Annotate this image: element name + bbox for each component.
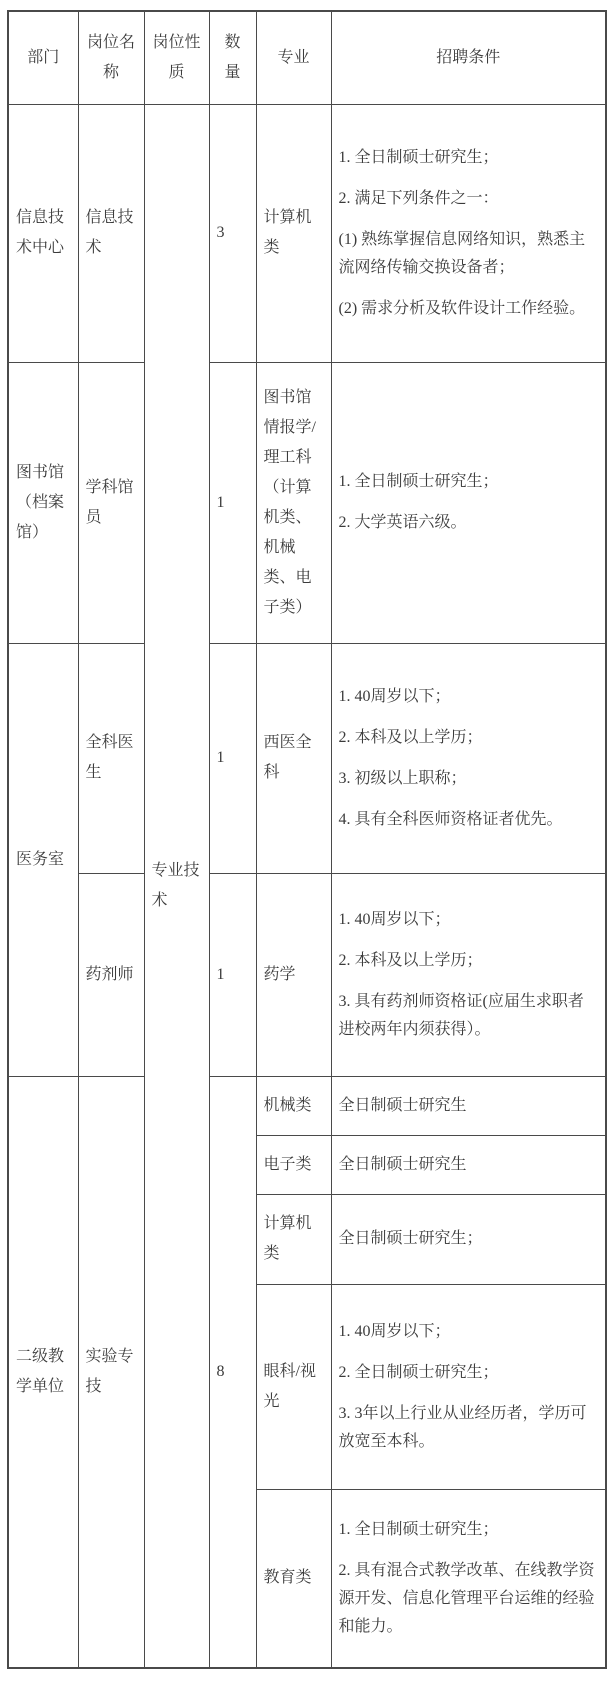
conditions-cell: 1. 全日制硕士研究生； 2. 具有混合式教学改革、在线教学资源开发、信息化管理… [331, 1489, 606, 1668]
condition-item: 3. 具有药剂师资格证(应届生求职者进校两年内须获得）。 [339, 988, 600, 1044]
page: 部门 岗位名 称 岗位性 质 数 量 专业 招聘条件 信息技术中心 信息技术 专… [0, 0, 612, 1685]
condition-item: 1. 全日制硕士研究生； [339, 1516, 600, 1544]
department-cell: 医务室 [8, 643, 78, 1076]
conditions-cell: 1. 全日制硕士研究生； 2. 大学英语六级。 [331, 362, 606, 643]
department-cell: 信息技术中心 [8, 104, 78, 362]
count-cell: 1 [209, 873, 256, 1076]
table-row: 医务室 全科医生 1 西医全科 1. 40周岁以下； 2. 本科及以上学历； 3… [8, 643, 606, 873]
position-type-cell: 专业技术 [144, 104, 209, 1668]
table-row: 药剂师 1 药学 1. 40周岁以下； 2. 本科及以上学历； 3. 具有药剂师… [8, 873, 606, 1076]
table-row: 信息技术中心 信息技术 专业技术 3 计算机类 1. 全日制硕士研究生； 2. … [8, 104, 606, 362]
major-cell: 西医全科 [256, 643, 331, 873]
count-cell: 8 [209, 1076, 256, 1668]
count-cell: 1 [209, 362, 256, 643]
table-row: 二级教学单位 实验专技 8 机械类 全日制硕士研究生 [8, 1076, 606, 1135]
col-header-count: 数 量 [209, 11, 256, 104]
position-cell: 信息技术 [78, 104, 144, 362]
conditions-cell: 1. 40周岁以下； 2. 全日制硕士研究生； 3. 3年以上行业从业经历者，学… [331, 1284, 606, 1489]
condition-item: 2. 具有混合式教学改革、在线教学资源开发、信息化管理平台运维的经验和能力。 [339, 1557, 600, 1641]
col-header-major: 专业 [256, 11, 331, 104]
condition-item: 3. 3年以上行业从业经历者，学历可放宽至本科。 [339, 1400, 600, 1456]
col-header-department: 部门 [8, 11, 78, 104]
department-cell: 图书馆（档案馆） [8, 362, 78, 643]
major-cell: 药学 [256, 873, 331, 1076]
condition-item: 2. 本科及以上学历； [339, 724, 600, 752]
position-cell: 实验专技 [78, 1076, 144, 1668]
condition-item: 2. 本科及以上学历； [339, 947, 600, 975]
conditions-cell: 全日制硕士研究生 [331, 1135, 606, 1194]
major-cell: 教育类 [256, 1489, 331, 1668]
condition-item: 1. 全日制硕士研究生； [339, 144, 600, 172]
condition-item: 1. 40周岁以下； [339, 1318, 600, 1346]
table-row: 图书馆（档案馆） 学科馆员 1 图书馆情报学/理工科（计算机类、机械类、电子类）… [8, 362, 606, 643]
conditions-cell: 1. 全日制硕士研究生； 2. 满足下列条件之一： (1) 熟练掌握信息网络知识… [331, 104, 606, 362]
conditions-cell: 1. 40周岁以下； 2. 本科及以上学历； 3. 具有药剂师资格证(应届生求职… [331, 873, 606, 1076]
condition-item: 3. 初级以上职称； [339, 765, 600, 793]
condition-item: 2. 全日制硕士研究生； [339, 1359, 600, 1387]
major-cell: 图书馆情报学/理工科（计算机类、机械类、电子类） [256, 362, 331, 643]
position-cell: 全科医生 [78, 643, 144, 873]
condition-item: 1. 全日制硕士研究生； [339, 468, 600, 496]
position-cell: 学科馆员 [78, 362, 144, 643]
conditions-cell: 1. 40周岁以下； 2. 本科及以上学历； 3. 初级以上职称； 4. 具有全… [331, 643, 606, 873]
major-cell: 计算机类 [256, 1194, 331, 1284]
conditions-cell: 全日制硕士研究生； [331, 1194, 606, 1284]
header-row: 部门 岗位名 称 岗位性 质 数 量 专业 招聘条件 [8, 11, 606, 104]
condition-item: (2) 需求分析及软件设计工作经验。 [339, 295, 600, 323]
recruitment-table: 部门 岗位名 称 岗位性 质 数 量 专业 招聘条件 信息技术中心 信息技术 专… [7, 10, 607, 1669]
condition-item: 2. 大学英语六级。 [339, 509, 600, 537]
department-cell: 二级教学单位 [8, 1076, 78, 1668]
condition-item: 1. 40周岁以下； [339, 906, 600, 934]
position-cell: 药剂师 [78, 873, 144, 1076]
col-header-conditions: 招聘条件 [331, 11, 606, 104]
condition-item: 全日制硕士研究生 [339, 1092, 600, 1120]
condition-item: 2. 满足下列条件之一： [339, 185, 600, 213]
major-cell: 电子类 [256, 1135, 331, 1194]
major-cell: 计算机类 [256, 104, 331, 362]
major-cell: 机械类 [256, 1076, 331, 1135]
condition-item: 1. 40周岁以下； [339, 683, 600, 711]
col-header-position-type: 岗位性 质 [144, 11, 209, 104]
col-header-position-name: 岗位名 称 [78, 11, 144, 104]
conditions-cell: 全日制硕士研究生 [331, 1076, 606, 1135]
major-cell: 眼科/视光 [256, 1284, 331, 1489]
condition-item: (1) 熟练掌握信息网络知识，熟悉主流网络传输交换设备者； [339, 226, 600, 282]
condition-item: 4. 具有全科医师资格证者优先。 [339, 806, 600, 834]
condition-item: 全日制硕士研究生 [339, 1151, 600, 1179]
count-cell: 1 [209, 643, 256, 873]
count-cell: 3 [209, 104, 256, 362]
condition-item: 全日制硕士研究生； [339, 1225, 600, 1253]
